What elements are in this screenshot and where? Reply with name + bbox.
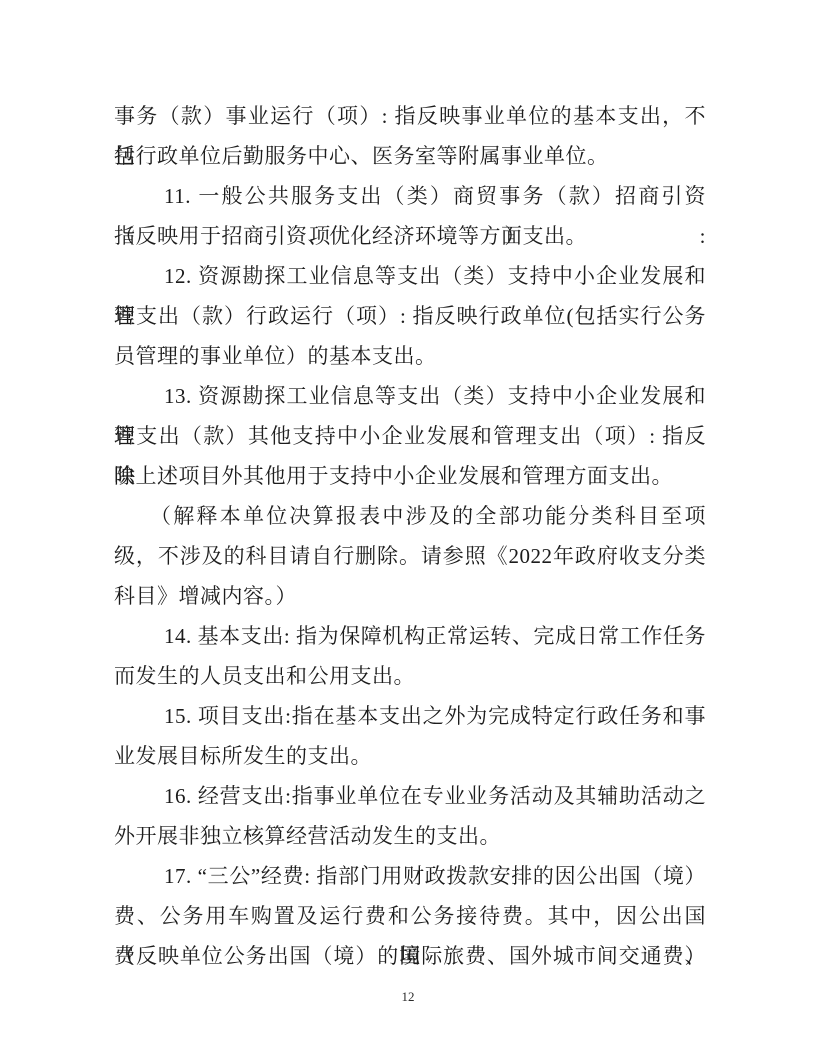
text-line: 15. 项目支出:指在基本支出之外为完成特定行政任务和事 — [114, 696, 706, 736]
text-line: 事务（款）事业运行（项）: 指反映事业单位的基本支出，不包 — [114, 96, 706, 136]
text-line: 13. 资源勘探工业信息等支出（类）支持中小企业发展和管 — [114, 376, 706, 416]
paragraph-item-15: 15. 项目支出:指在基本支出之外为完成特定行政任务和事 业发展目标所发生的支出… — [114, 696, 706, 776]
text-line: 业发展目标所发生的支出。 — [114, 736, 706, 776]
document-body: 事务（款）事业运行（项）: 指反映事业单位的基本支出，不包 括行政单位后勤服务中… — [114, 96, 706, 976]
page-number: 12 — [0, 988, 816, 1006]
text-line: 理支出（款）行政运行（项）: 指反映行政单位(包括实行公务 — [114, 296, 706, 336]
paragraph-item-14: 14. 基本支出: 指为保障机构正常运转、完成日常工作任务 而发生的人员支出和公… — [114, 616, 706, 696]
text-line: 16. 经营支出:指事业单位在专业业务活动及其辅助活动之 — [114, 776, 706, 816]
paragraph-item-13: 13. 资源勘探工业信息等支出（类）支持中小企业发展和管 理支出（款）其他支持中… — [114, 376, 706, 496]
paragraph-item-12: 12. 资源勘探工业信息等支出（类）支持中小企业发展和管 理支出（款）行政运行（… — [114, 256, 706, 376]
text-line: 12. 资源勘探工业信息等支出（类）支持中小企业发展和管 — [114, 256, 706, 296]
text-line: 11. 一般公共服务支出（类）商贸事务（款）招商引资（项）: — [114, 176, 706, 216]
text-line: 括行政单位后勤服务中心、医务室等附属事业单位。 — [114, 136, 706, 176]
text-line: 科目》增减内容。） — [114, 576, 706, 616]
paragraph-editor-note: （解释本单位决算报表中涉及的全部功能分类科目至项 级，不涉及的科目请自行删除。请… — [114, 496, 706, 616]
paragraph-item-17: 17. “三公”经费: 指部门用财政拨款安排的因公出国（境） 费、公务用车购置及… — [114, 856, 706, 976]
paragraph-item-11: 11. 一般公共服务支出（类）商贸事务（款）招商引资（项）: 指反映用于招商引资… — [114, 176, 706, 256]
text-line: 费反映单位公务出国（境）的国际旅费、国外城市间交通费、 — [114, 936, 706, 976]
paragraph-item-10-continued: 事务（款）事业运行（项）: 指反映事业单位的基本支出，不包 括行政单位后勤服务中… — [114, 96, 706, 176]
document-page: 事务（款）事业运行（项）: 指反映事业单位的基本支出，不包 括行政单位后勤服务中… — [0, 0, 816, 1056]
text-line: 理支出（款）其他支持中小企业发展和管理支出（项）: 指反映 — [114, 416, 706, 456]
text-line: （解释本单位决算报表中涉及的全部功能分类科目至项 — [114, 496, 706, 536]
text-line: 而发生的人员支出和公用支出。 — [114, 656, 706, 696]
text-line: 17. “三公”经费: 指部门用财政拨款安排的因公出国（境） — [114, 856, 706, 896]
text-line: 外开展非独立核算经营活动发生的支出。 — [114, 816, 706, 856]
text-line: 14. 基本支出: 指为保障机构正常运转、完成日常工作任务 — [114, 616, 706, 656]
text-line: 除上述项目外其他用于支持中小企业发展和管理方面支出。 — [114, 456, 706, 496]
text-line: 级，不涉及的科目请自行删除。请参照《2022年政府收支分类 — [114, 536, 706, 576]
text-line: 员管理的事业单位）的基本支出。 — [114, 336, 706, 376]
text-line: 费、公务用车购置及运行费和公务接待费。其中，因公出国（境） — [114, 896, 706, 936]
paragraph-item-16: 16. 经营支出:指事业单位在专业业务活动及其辅助活动之 外开展非独立核算经营活… — [114, 776, 706, 856]
